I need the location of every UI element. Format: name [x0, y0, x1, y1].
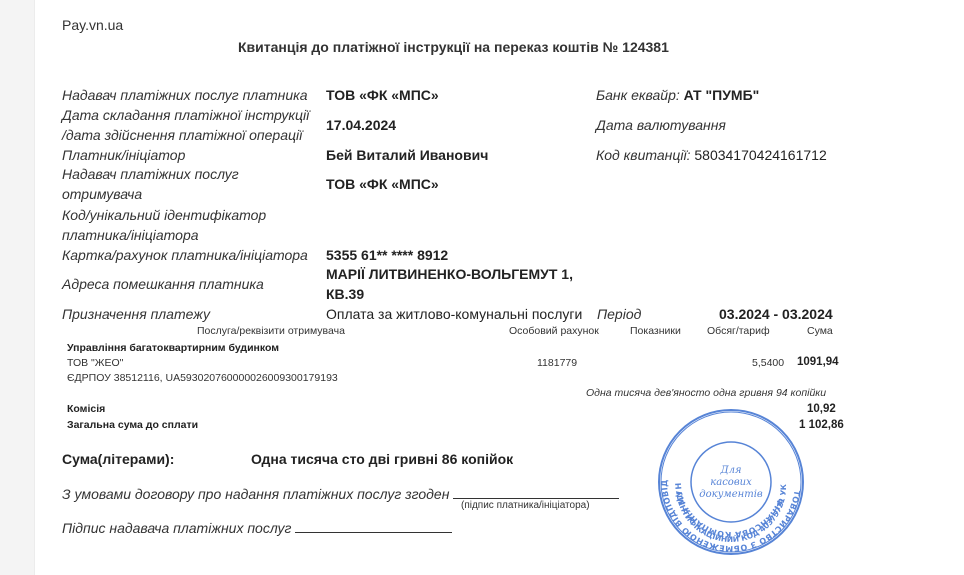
agreement-label: З умовами договору про надання платіжних…: [62, 486, 449, 502]
provider-signature-label: Підпис надавача платіжних послуг: [62, 520, 291, 536]
bank-acquirer: Банк еквайр: АТ "ПУМБ": [596, 85, 759, 105]
period-label: Період: [597, 304, 641, 324]
value-date-label: Дата валютування: [596, 115, 726, 135]
payer-psp-label: Надавач платіжних послуг платника: [62, 85, 308, 105]
address-value-line1: МАРІЇ ЛИТВИНЕНКО-ВОЛЬГЕМУТ 1,: [326, 264, 573, 284]
recipient-psp-label-line2: отримувача: [62, 184, 142, 204]
stamp-center-line1: Для: [719, 465, 741, 476]
payer-label: Платник/ініціатор: [62, 145, 185, 165]
col-header-sum: Сума: [807, 325, 833, 337]
row-tariff: 5,5400: [752, 357, 784, 369]
left-margin-strip: [0, 0, 35, 575]
card-value: 5355 61** **** 8912: [326, 245, 448, 265]
col-header-tariff: Обсяг/тариф: [707, 325, 770, 337]
receipt-code: Код квитанції: 58034170424161712: [596, 145, 827, 165]
payer-value: Бей Виталий Иванович: [326, 145, 488, 165]
col-header-account: Особовий рахунок: [509, 325, 599, 337]
company-seal-stamp: ТОВАРИСТВО З ОБМЕЖЕНОЮ ВІДПОВІДАЛЬНІСТЮ …: [656, 407, 806, 557]
row-service: Управління багатоквартирним будинком: [67, 342, 279, 354]
receipt-code-value: 58034170424161712: [694, 147, 826, 163]
address-value-line2: КВ.39: [326, 284, 364, 304]
bank-acquirer-label: Банк еквайр:: [596, 87, 680, 103]
site-name: Pay.vn.ua: [62, 17, 123, 33]
col-header-readings: Показники: [630, 325, 681, 337]
commission-value: 10,92: [807, 403, 836, 415]
purpose-label: Призначення платежу: [62, 304, 210, 324]
row-sum-words: Одна тисяча дев'яносто одна гривня 94 ко…: [586, 387, 826, 399]
total-label: Загальна сума до сплати: [67, 419, 198, 431]
receipt-code-label: Код квитанції:: [596, 147, 690, 163]
commission-label: Комісія: [67, 403, 105, 415]
provider-signature: Підпис надавача платіжних послуг: [62, 518, 452, 538]
receipt-title: Квитанція до платіжної інструкції на пер…: [238, 39, 669, 55]
recipient-psp-value: ТОВ «ФК «МПС»: [326, 174, 439, 194]
row-account: 1181779: [537, 357, 577, 369]
row-recipient: ТОВ "ЖЕО": [67, 357, 123, 369]
bank-acquirer-value: АТ "ПУМБ": [684, 87, 760, 103]
date-label-line2: /дата здійснення платіжної операції: [62, 125, 302, 145]
stamp-center-line2: касових: [710, 477, 752, 488]
card-label: Картка/рахунок платника/ініціатора: [62, 245, 308, 265]
date-value: 17.04.2024: [326, 115, 396, 135]
payer-id-label-line1: Код/унікальний ідентифікатор: [62, 205, 266, 225]
address-label: Адреса помешкання платника: [62, 274, 264, 294]
recipient-psp-label-line1: Надавач платіжних послуг: [62, 164, 239, 184]
payer-psp-value: ТОВ «ФК «МПС»: [326, 85, 439, 105]
date-label-line1: Дата складання платіжної інструкції: [62, 105, 309, 125]
sum-words-value: Одна тисяча сто дві гривні 86 копійок: [251, 451, 513, 467]
sum-words-label: Сума(літерами):: [62, 451, 174, 467]
period-value: 03.2024 - 03.2024: [719, 304, 833, 324]
provider-signature-line[interactable]: [295, 518, 452, 533]
purpose-value: Оплата за житлово-комунальні послуги: [326, 304, 582, 324]
row-requisites: ЄДРПОУ 38512116, UA593020760000026009300…: [67, 372, 338, 384]
col-header-service: Послуга/реквізити отримувача: [197, 325, 345, 337]
row-sum: 1091,94: [797, 356, 839, 368]
payer-signature-line[interactable]: [453, 484, 619, 499]
stamp-center-line3: документів: [699, 489, 763, 500]
payer-signature-caption: (підпис платника/ініціатора): [461, 500, 590, 511]
payer-id-label-line2: платника/ініціатора: [62, 225, 199, 245]
